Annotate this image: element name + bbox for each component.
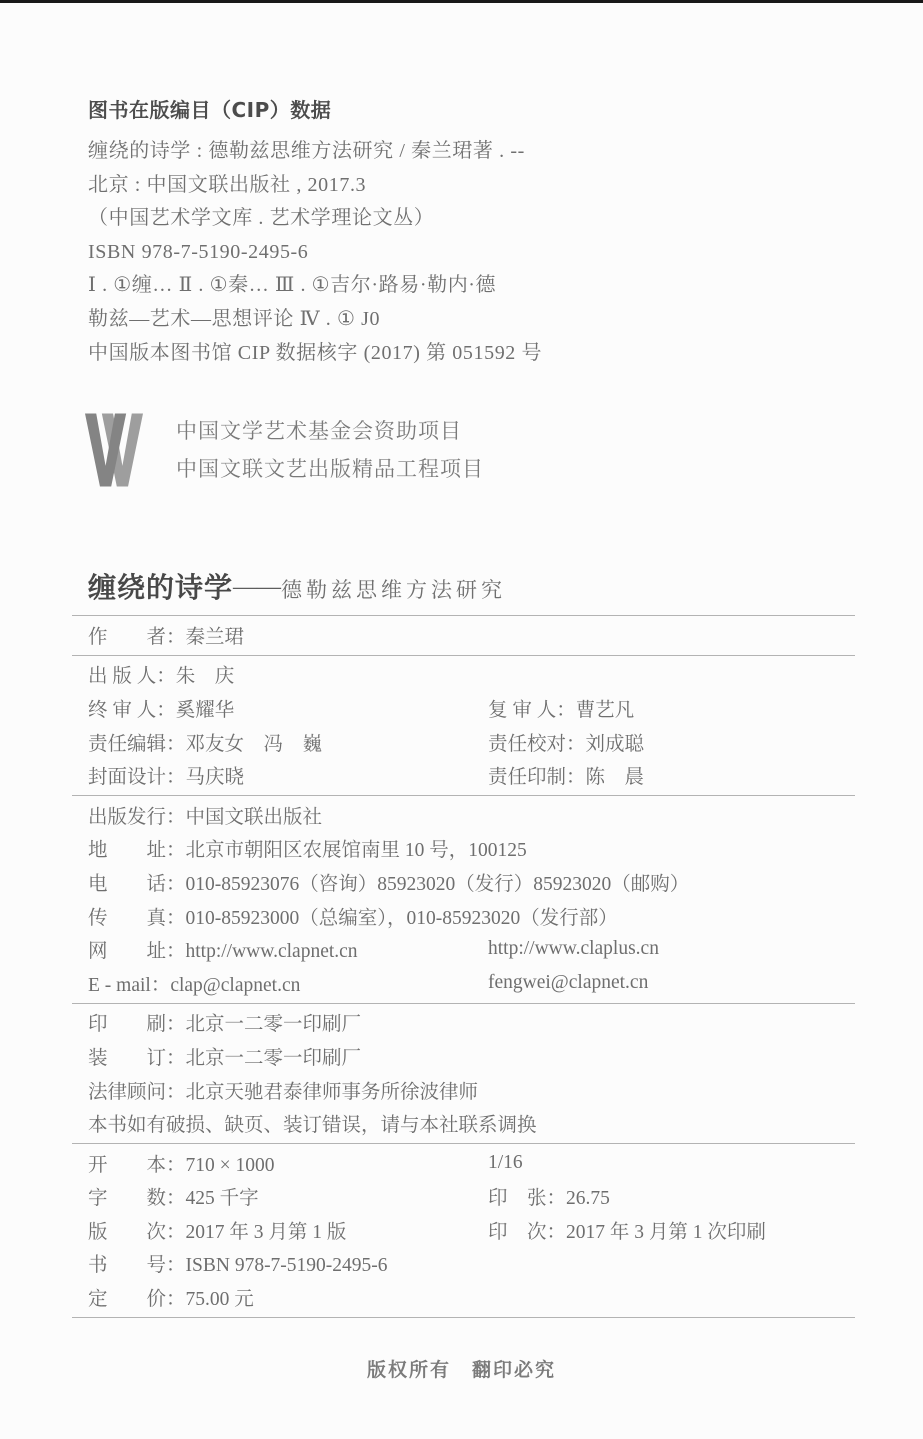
- field-value: fengwei@clapnet.cn: [488, 972, 648, 993]
- colophon-row: 电 话：010-85923076（咨询）85923020（发行）85923020…: [72, 865, 855, 899]
- field-value: http://www.claplus.cn: [488, 938, 659, 959]
- field-value: 秦兰珺: [186, 627, 245, 648]
- copyright-notice: 版权所有 翻印必究: [0, 1355, 923, 1382]
- row-left-cell: 版 次：2017 年 3 月第 1 版: [88, 1216, 488, 1244]
- field-label: 出版发行：: [88, 807, 186, 828]
- colophon-row: 传 真：010-85923000（总编室），010-85923020（发行部）: [72, 899, 855, 933]
- row-right-cell: 责任印制：陈 晨: [488, 761, 855, 789]
- colophon-row: 封面设计：马庆晓责任印制：陈 晨: [72, 758, 855, 792]
- field-value: 奚耀华: [176, 700, 235, 721]
- field-label: 印 张：: [488, 1188, 566, 1209]
- row-right-cell: http://www.claplus.cn: [488, 938, 855, 960]
- colophon-row: 网 址：http://www.clapnet.cnhttp://www.clap…: [72, 932, 855, 966]
- colophon-row: 法律顾问：北京天驰君泰律师事务所徐波律师: [72, 1073, 855, 1107]
- field-label: 装 订：: [88, 1048, 186, 1069]
- field-value: 26.75: [566, 1188, 610, 1209]
- row-left-cell: 地 址：北京市朝阳区农展馆南里 10 号，100125: [88, 834, 488, 862]
- row-left-cell: E - mail：clap@clapnet.cn: [88, 969, 488, 997]
- row-left-cell: 字 数：425 千字: [88, 1182, 488, 1210]
- row-left-cell: 传 真：010-85923000（总编室），010-85923020（发行部）: [88, 902, 488, 930]
- colophon-row: 印 刷：北京一二零一印刷厂: [72, 1006, 855, 1040]
- field-label: 网 址：: [88, 941, 186, 962]
- field-label: 版 次：: [88, 1222, 186, 1243]
- cip-line: （中国艺术学文库 . 艺术学理论文丛）: [88, 202, 542, 236]
- colophon-section: 作 者：秦兰珺: [72, 616, 855, 656]
- colophon-row: 开 本：710 × 10001/16: [72, 1146, 855, 1180]
- field-value: clap@clapnet.cn: [170, 975, 300, 996]
- row-right-cell: 复 审 人：曹艺凡: [488, 694, 855, 722]
- cip-line: ISBN 978-7-5190-2495-6: [88, 236, 542, 270]
- field-label: 责任校对：: [488, 734, 586, 755]
- field-label: 法律顾问：: [88, 1082, 186, 1103]
- cip-line: 中国版本图书馆 CIP 数据核字 (2017) 第 051592 号: [88, 337, 542, 371]
- row-left-cell: 电 话：010-85923076（咨询）85923020（发行）85923020…: [88, 868, 488, 896]
- field-label: 传 真：: [88, 908, 186, 929]
- funding-block: 中国文学艺术基金会资助项目中国文联文艺出版精品工程项目: [85, 411, 484, 489]
- row-left-cell: 终 审 人：奚耀华: [88, 694, 488, 722]
- field-label: 责任编辑：: [88, 734, 186, 755]
- row-left-cell: 书 号：ISBN 978-7-5190-2495-6: [88, 1249, 488, 1277]
- row-left-cell: 印 刷：北京一二零一印刷厂: [88, 1008, 488, 1036]
- field-value: 曹艺凡: [576, 700, 635, 721]
- colophon-row: 版 次：2017 年 3 月第 1 版印 次：2017 年 3 月第 1 次印刷: [72, 1213, 855, 1247]
- title-dash: ——: [233, 574, 281, 600]
- row-right-cell: fengwei@clapnet.cn: [488, 972, 855, 994]
- field-value: 75.00 元: [186, 1289, 254, 1310]
- colophon-row: 字 数：425 千字印 张：26.75: [72, 1180, 855, 1214]
- colophon-block: 缠绕的诗学——德勒兹思维方法研究 作 者：秦兰珺出 版 人：朱 庆终 审 人：奚…: [72, 566, 855, 1318]
- field-value: 陈 晨: [586, 767, 645, 788]
- field-value: 010-85923000（总编室），010-85923020（发行部）: [186, 908, 618, 929]
- row-left-cell: 本书如有破损、缺页、装订错误，请与本社联系调换: [88, 1109, 488, 1137]
- field-value: 北京一二零一印刷厂: [186, 1048, 362, 1069]
- field-value: 邓友女 冯 巍: [186, 734, 323, 755]
- colophon-sections: 作 者：秦兰珺出 版 人：朱 庆终 审 人：奚耀华复 审 人：曹艺凡责任编辑：邓…: [72, 616, 855, 1318]
- field-value: 北京天驰君泰律师事务所徐波律师: [186, 1082, 479, 1103]
- field-value: 中国文联出版社: [186, 807, 323, 828]
- book-subtitle: 德勒兹思维方法研究: [281, 578, 506, 602]
- row-left-cell: 法律顾问：北京天驰君泰律师事务所徐波律师: [88, 1076, 488, 1104]
- colophon-row: 作 者：秦兰珺: [72, 618, 855, 652]
- row-left-cell: 定 价：75.00 元: [88, 1283, 488, 1311]
- row-left-cell: 责任编辑：邓友女 冯 巍: [88, 728, 488, 756]
- colophon-row: 装 订：北京一二零一印刷厂: [72, 1039, 855, 1073]
- cip-line: 缠绕的诗学 : 德勒兹思维方法研究 / 秦兰珺著 . --: [88, 135, 542, 169]
- field-label: E - mail：: [88, 975, 170, 996]
- field-label: 开 本：: [88, 1155, 186, 1176]
- book-title-row: 缠绕的诗学——德勒兹思维方法研究: [72, 566, 855, 616]
- field-label: 复 审 人：: [488, 700, 576, 721]
- cip-line: 北京 : 中国文联出版社 , 2017.3: [88, 169, 542, 203]
- row-right-cell: 1/16: [488, 1152, 855, 1174]
- cip-heading: 图书在版编目（CIP）数据: [88, 94, 542, 123]
- field-label: 责任印制：: [488, 767, 586, 788]
- field-value: 北京市朝阳区农展馆南里 10 号，100125: [186, 840, 527, 861]
- field-value: ISBN 978-7-5190-2495-6: [186, 1255, 388, 1276]
- field-label: 字 数：: [88, 1188, 186, 1209]
- row-left-cell: 网 址：http://www.clapnet.cn: [88, 935, 488, 963]
- row-left-cell: 开 本：710 × 1000: [88, 1149, 488, 1177]
- field-label: 作 者：: [88, 627, 186, 648]
- colophon-row: 定 价：75.00 元: [72, 1280, 855, 1314]
- colophon-note-row: 本书如有破损、缺页、装订错误，请与本社联系调换: [72, 1106, 855, 1140]
- row-right-cell: 印 张：26.75: [488, 1182, 855, 1210]
- field-value: 2017 年 3 月第 1 版: [186, 1222, 347, 1243]
- cip-line: 勒兹—艺术—思想评论 Ⅳ . ① J0: [88, 303, 542, 337]
- colophon-section: 出版发行：中国文联出版社地 址：北京市朝阳区农展馆南里 10 号，100125电…: [72, 796, 855, 1004]
- colophon-row: 责任编辑：邓友女 冯 巍责任校对：刘成聪: [72, 725, 855, 759]
- row-left-cell: 封面设计：马庆晓: [88, 761, 488, 789]
- colophon-row: E - mail：clap@clapnet.cnfengwei@clapnet.…: [72, 966, 855, 1000]
- colophon-row: 出 版 人：朱 庆: [72, 658, 855, 692]
- book-title: 缠绕的诗学: [88, 571, 233, 604]
- field-label: 书 号：: [88, 1255, 186, 1276]
- funding-line: 中国文联文艺出版精品工程项目: [176, 450, 484, 488]
- row-left-cell: 出版发行：中国文联出版社: [88, 801, 488, 829]
- field-value: http://www.clapnet.cn: [186, 941, 358, 962]
- field-value: 北京一二零一印刷厂: [186, 1014, 362, 1035]
- field-label: 地 址：: [88, 840, 186, 861]
- field-value: 马庆晓: [186, 767, 245, 788]
- field-value: 朱 庆: [176, 666, 235, 687]
- colophon-section: 出 版 人：朱 庆终 审 人：奚耀华复 审 人：曹艺凡责任编辑：邓友女 冯 巍责…: [72, 656, 855, 796]
- funding-line: 中国文学艺术基金会资助项目: [176, 412, 484, 450]
- publisher-logo-icon: [85, 411, 143, 489]
- scan-top-edge: [0, 0, 923, 3]
- cip-lines: 缠绕的诗学 : 德勒兹思维方法研究 / 秦兰珺著 . --北京 : 中国文联出版…: [88, 135, 542, 370]
- field-label: 印 刷：: [88, 1014, 186, 1035]
- field-value: 本书如有破损、缺页、装订错误，请与本社联系调换: [88, 1115, 537, 1136]
- cip-block: 图书在版编目（CIP）数据 缠绕的诗学 : 德勒兹思维方法研究 / 秦兰珺著 .…: [88, 94, 542, 370]
- colophon-section: 印 刷：北京一二零一印刷厂装 订：北京一二零一印刷厂法律顾问：北京天驰君泰律师事…: [72, 1004, 855, 1144]
- field-label: 电 话：: [88, 874, 186, 895]
- colophon-row: 终 审 人：奚耀华复 审 人：曹艺凡: [72, 691, 855, 725]
- field-label: 定 价：: [88, 1289, 186, 1310]
- funding-project-lines: 中国文学艺术基金会资助项目中国文联文艺出版精品工程项目: [176, 412, 484, 488]
- field-value: 2017 年 3 月第 1 次印刷: [566, 1222, 766, 1243]
- row-left-cell: 作 者：秦兰珺: [88, 621, 488, 649]
- field-value: 425 千字: [186, 1188, 259, 1209]
- field-value: 710 × 1000: [186, 1155, 275, 1176]
- cip-line: Ⅰ . ①缠… Ⅱ . ①秦… Ⅲ . ①吉尔·路易·勒内·德: [88, 269, 542, 303]
- field-value: 1/16: [488, 1152, 523, 1173]
- row-left-cell: 出 版 人：朱 庆: [88, 660, 488, 688]
- row-right-cell: 责任校对：刘成聪: [488, 728, 855, 756]
- colophon-row: 书 号：ISBN 978-7-5190-2495-6: [72, 1247, 855, 1281]
- colophon-row: 地 址：北京市朝阳区农展馆南里 10 号，100125: [72, 832, 855, 866]
- row-left-cell: 装 订：北京一二零一印刷厂: [88, 1042, 488, 1070]
- row-right-cell: 印 次：2017 年 3 月第 1 次印刷: [488, 1216, 855, 1244]
- field-value: 刘成聪: [586, 734, 645, 755]
- colophon-row: 出版发行：中国文联出版社: [72, 798, 855, 832]
- field-value: 010-85923076（咨询）85923020（发行）85923020（邮购）: [186, 874, 690, 895]
- field-label: 印 次：: [488, 1222, 566, 1243]
- colophon-section: 开 本：710 × 10001/16字 数：425 千字印 张：26.75版 次…: [72, 1144, 855, 1318]
- field-label: 终 审 人：: [88, 700, 176, 721]
- field-label: 封面设计：: [88, 767, 186, 788]
- field-label: 出 版 人：: [88, 666, 176, 687]
